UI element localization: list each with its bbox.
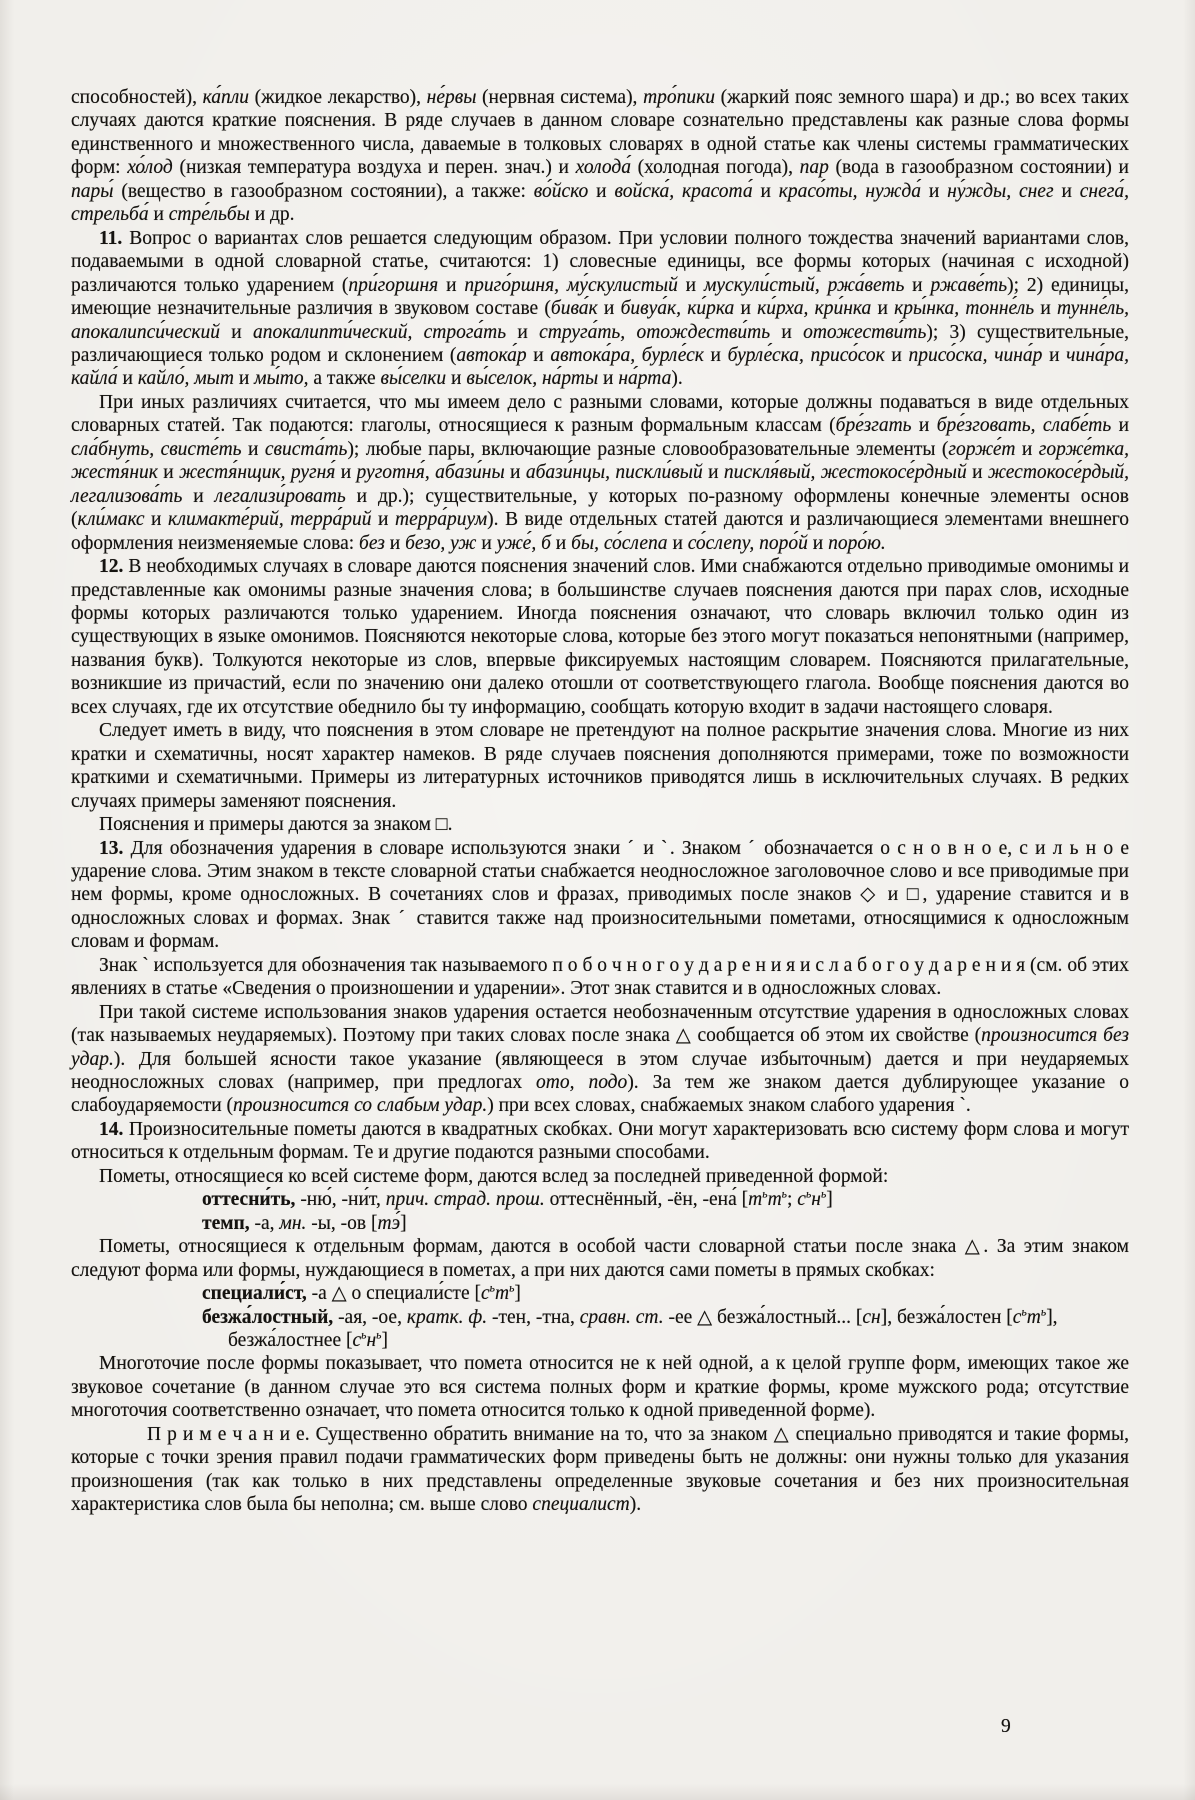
text-run: ка́пли [203, 87, 249, 108]
text-run: ну́жды, снег [947, 181, 1053, 202]
page-number: 9 [1001, 1716, 1011, 1738]
text-run: отожестви́ть [803, 322, 926, 343]
text-run: т [1027, 1307, 1041, 1328]
document-page: { "page": { "number": "9", "paragraphs":… [0, 0, 1195, 1800]
text-run: (вода в газообразном состоянии) и [829, 157, 1129, 178]
text-run: ); любые пары, включающие разные словооб… [347, 439, 948, 460]
text-run: и [385, 533, 405, 554]
text-run: бурле́ска, присо́сок [728, 345, 885, 366]
text-run: сравн. ст. [580, 1307, 664, 1328]
text-run: и [598, 368, 618, 389]
text-run: легализи́ровать [215, 486, 346, 507]
text-run: бивуа́к, ки́рка [621, 298, 735, 319]
text-run: и [703, 462, 724, 483]
text-run: горже́т [948, 439, 1015, 460]
dictionary-example-line: безжа́лостный, -ая, -ое, кратк. ф. -тен,… [228, 1306, 1129, 1353]
text-run: и [912, 415, 937, 436]
text-run: специали́ст, [202, 1283, 307, 1304]
text-run: автока́р [456, 345, 526, 366]
text-run: и [753, 181, 779, 202]
text-run: с [481, 1283, 490, 1304]
text-run: и [921, 181, 947, 202]
text-run: присо́ска, чина́р [908, 345, 1042, 366]
text-run: и [598, 298, 621, 319]
text-run: и [335, 462, 356, 483]
text-run: способностей), [71, 87, 203, 108]
paragraph: способностей), ка́пли (жидкое лекарство)… [71, 86, 1129, 227]
text-run: ], безжа́лостен [ [881, 1307, 1013, 1328]
text-run: Для обозначения ударения в словаре испол… [71, 838, 1129, 953]
text-run: Знак ˋ используется для обозначения так … [71, 955, 1129, 999]
paragraph: 11. Вопрос о вариантах слов решается сле… [71, 227, 1129, 391]
text-run: и [678, 275, 704, 296]
text-run: специалист [532, 1494, 629, 1515]
text-run: и [145, 509, 169, 530]
text-run: В необходимых случаях в словаре даются п… [71, 556, 1129, 718]
text-run: и [1034, 298, 1057, 319]
text-run: свиста́ть [265, 439, 348, 460]
paragraph: 12. В необходимых случаях в словаре дают… [71, 555, 1129, 719]
text-run: 14. [99, 1119, 123, 1140]
text-run: ] [826, 1189, 833, 1210]
paragraph: Многоточие после формы показывает, что п… [71, 1352, 1129, 1422]
text-run: и [1015, 439, 1038, 460]
text-run: и [808, 533, 828, 554]
text-run: и [372, 509, 396, 530]
text-run: и [149, 204, 169, 225]
text-run: н [811, 1189, 821, 1210]
text-run: оттеснённый, -ён, -ена́ [ [545, 1189, 748, 1210]
text-run: абази́нцы, пискли́вый [526, 462, 703, 483]
text-run: Произносительные пометы даются в квадрат… [71, 1119, 1129, 1163]
text-run: темп, [202, 1213, 250, 1234]
text-run: -а △ о специали́сте [ [307, 1283, 481, 1304]
text-run: и [527, 345, 551, 366]
text-run: ] [400, 1213, 407, 1234]
text-run: и [734, 298, 757, 319]
text-run: 13. [99, 838, 123, 859]
dictionary-example-line: специали́ст, -а △ о специали́сте [сьть] [202, 1282, 1129, 1305]
text-run: вы́селки [381, 368, 447, 389]
text-run: и [704, 345, 728, 366]
dictionary-example-line: оттесни́ть, -ню́, -ни́т, прич. страд. пр… [202, 1188, 1129, 1211]
paragraph: Пометы, относящиеся ко всей системе форм… [71, 1165, 1129, 1188]
text-run: -а, [250, 1213, 280, 1234]
text-run: и [588, 181, 614, 202]
text-run: и [505, 462, 526, 483]
text-run: кли́макс [78, 509, 145, 530]
text-run: и [904, 275, 930, 296]
text-run: и [1054, 181, 1080, 202]
text-run: т [748, 1189, 762, 1210]
text-run: кратк. ф. [407, 1307, 487, 1328]
text-run: сн [862, 1307, 880, 1328]
text-run: и [438, 275, 464, 296]
paragraph: П р и м е ч а н и е. Существенно обратит… [71, 1423, 1129, 1517]
text-run: руготня́, абази́ны [357, 462, 505, 483]
text-block: способностей), ка́пли (жидкое лекарство)… [71, 86, 1129, 1517]
text-run: ] [514, 1283, 521, 1304]
text-run: не́рвы [427, 87, 477, 108]
text-run: хо́лод [127, 157, 173, 178]
text-run: ; [787, 1189, 797, 1210]
text-run: и [476, 533, 496, 554]
text-run: прич. страд. прош. [386, 1189, 545, 1210]
text-run: и [242, 439, 265, 460]
text-run: бре́згать [836, 415, 912, 436]
text-run: безжа́лостный, [202, 1307, 333, 1328]
text-run: пар [800, 157, 829, 178]
text-run: красо́ты, нужда́ [779, 181, 921, 202]
text-run: -ее △ безжа́лостный... [ [664, 1307, 863, 1328]
text-run: апокалипти́ческий, строга́ть [253, 322, 506, 343]
text-run: климакте́рий, терра́рий [168, 509, 371, 530]
text-run: произносится со слабым удар. [233, 1095, 487, 1116]
text-run: Многоточие после формы показывает, что п… [71, 1353, 1129, 1421]
text-run: н [366, 1330, 376, 1351]
text-run: ржаве́ть [930, 275, 1007, 296]
text-run: на́рта [618, 368, 671, 389]
text-run: 12. [99, 556, 123, 577]
paragraph: Пояснения и примеры даются за знаком □. [71, 813, 1129, 836]
text-run: с [352, 1330, 361, 1351]
text-run: сла́бнуть, свисте́ть [71, 439, 242, 460]
text-run: и [885, 345, 909, 366]
text-run: и [871, 298, 894, 319]
text-run: терра́риум [395, 509, 487, 530]
text-run: кры́нка, тонне́ль [894, 298, 1034, 319]
text-run: (нервная система), [476, 87, 643, 108]
text-run: ). [630, 1494, 641, 1515]
text-run: кайло́, мыт [138, 368, 234, 389]
text-run: Пометы, относящиеся к отдельным формам, … [71, 1236, 1129, 1280]
text-run: ) при всех словах, снабжаемых знаком сла… [487, 1095, 970, 1116]
text-run: (низкая температура воздуха и перен. зна… [173, 157, 576, 178]
text-run: (вещество в газообразном состоянии), а т… [113, 181, 533, 202]
text-run: войска́, красота́ [614, 181, 752, 202]
text-run: -ая, -ое, [333, 1307, 407, 1328]
text-run: приго́ршня, му́скулистый [464, 275, 677, 296]
text-run: мускули́стый, ржа́веть [704, 275, 904, 296]
text-run: и [446, 368, 466, 389]
text-run: во́йско [534, 181, 589, 202]
text-run: При такой системе использования знаков у… [71, 1002, 1129, 1046]
text-run: мы́то, [254, 368, 308, 389]
paragraph: 14. Произносительные пометы даются в ква… [71, 1118, 1129, 1165]
text-run: Следует иметь в виду, что пояснения в эт… [71, 720, 1129, 811]
text-run: -ню́, -ни́т, [295, 1189, 385, 1210]
text-run: при́горшня [348, 275, 438, 296]
text-run: и [158, 462, 179, 483]
text-run: автока́ра, бурле́ск [550, 345, 704, 366]
text-run: т [768, 1189, 782, 1210]
paragraph: Следует иметь в виду, что пояснения в эт… [71, 719, 1129, 813]
paragraph: 13. Для обозначения ударения в словаре и… [71, 837, 1129, 954]
text-run: и [118, 368, 138, 389]
text-run: (холодная погода), [631, 157, 800, 178]
text-run: 11. [99, 228, 122, 249]
text-run: струга́ть, отождестви́ть [539, 322, 770, 343]
paragraph: Пометы, относящиеся к отдельным формам, … [71, 1235, 1129, 1282]
text-run: без [359, 533, 385, 554]
text-run: холода́ [576, 157, 631, 178]
text-run: (жидкое лекарство), [249, 87, 427, 108]
text-run: и [506, 322, 539, 343]
text-run: безо, уж [405, 533, 476, 554]
text-run: и [1042, 345, 1066, 366]
dictionary-example-line: темп, -а, мн. -ы, -ов [тэ́] [202, 1212, 1129, 1235]
text-run: поро́ю. [828, 533, 886, 554]
paragraph: При такой системе использования знаков у… [71, 1001, 1129, 1118]
text-run: и [967, 462, 988, 483]
text-run: жестя́нщик, ругня́ [179, 462, 335, 483]
text-run: с [797, 1189, 806, 1210]
text-run: и [668, 533, 688, 554]
text-run: пары́ [71, 181, 113, 202]
text-run: со́слепу, поро́й [688, 533, 808, 554]
text-run: тро́пики [643, 87, 715, 108]
text-run: и [182, 486, 214, 507]
text-run: бре́зговать, слабе́ть [937, 415, 1112, 436]
paragraph: При иных различиях считается, что мы име… [71, 391, 1129, 555]
scanned-page-background: способностей), ка́пли (жидкое лекарство)… [0, 0, 1195, 1800]
paragraph: Знак ˋ используется для обозначения так … [71, 954, 1129, 1001]
text-run: пискля́вый, жестокосе́рдный [724, 462, 967, 483]
text-run: -тен, -тна, [487, 1307, 580, 1328]
text-run: -ы, -ов [ [306, 1213, 377, 1234]
text-run: мн. [279, 1213, 306, 1234]
text-run: бы, со́слепа [571, 533, 667, 554]
text-run: т [495, 1283, 509, 1304]
text-run: стре́льбы [169, 204, 250, 225]
text-run: и др. [250, 204, 295, 225]
text-run: ). [671, 368, 682, 389]
text-run: и [551, 533, 571, 554]
text-run: оттесни́ть, [202, 1189, 295, 1210]
text-run: и [1111, 415, 1129, 436]
text-run: вы́селок, на́рты [466, 368, 598, 389]
text-run: уже́, б [497, 533, 551, 554]
text-run: ки́рха, кри́нка [757, 298, 871, 319]
text-run: бива́к [551, 298, 598, 319]
text-run: и [220, 322, 253, 343]
text-run: тэ́ [377, 1213, 400, 1234]
text-run: ото, подо [536, 1072, 627, 1093]
text-run: ] [381, 1330, 388, 1351]
text-run: Пометы, относящиеся ко всей системе форм… [99, 1166, 888, 1187]
text-run: Пояснения и примеры даются за знаком □. [99, 814, 452, 835]
text-run: и [234, 368, 254, 389]
text-run: а также [309, 368, 381, 389]
text-run: и [770, 322, 803, 343]
